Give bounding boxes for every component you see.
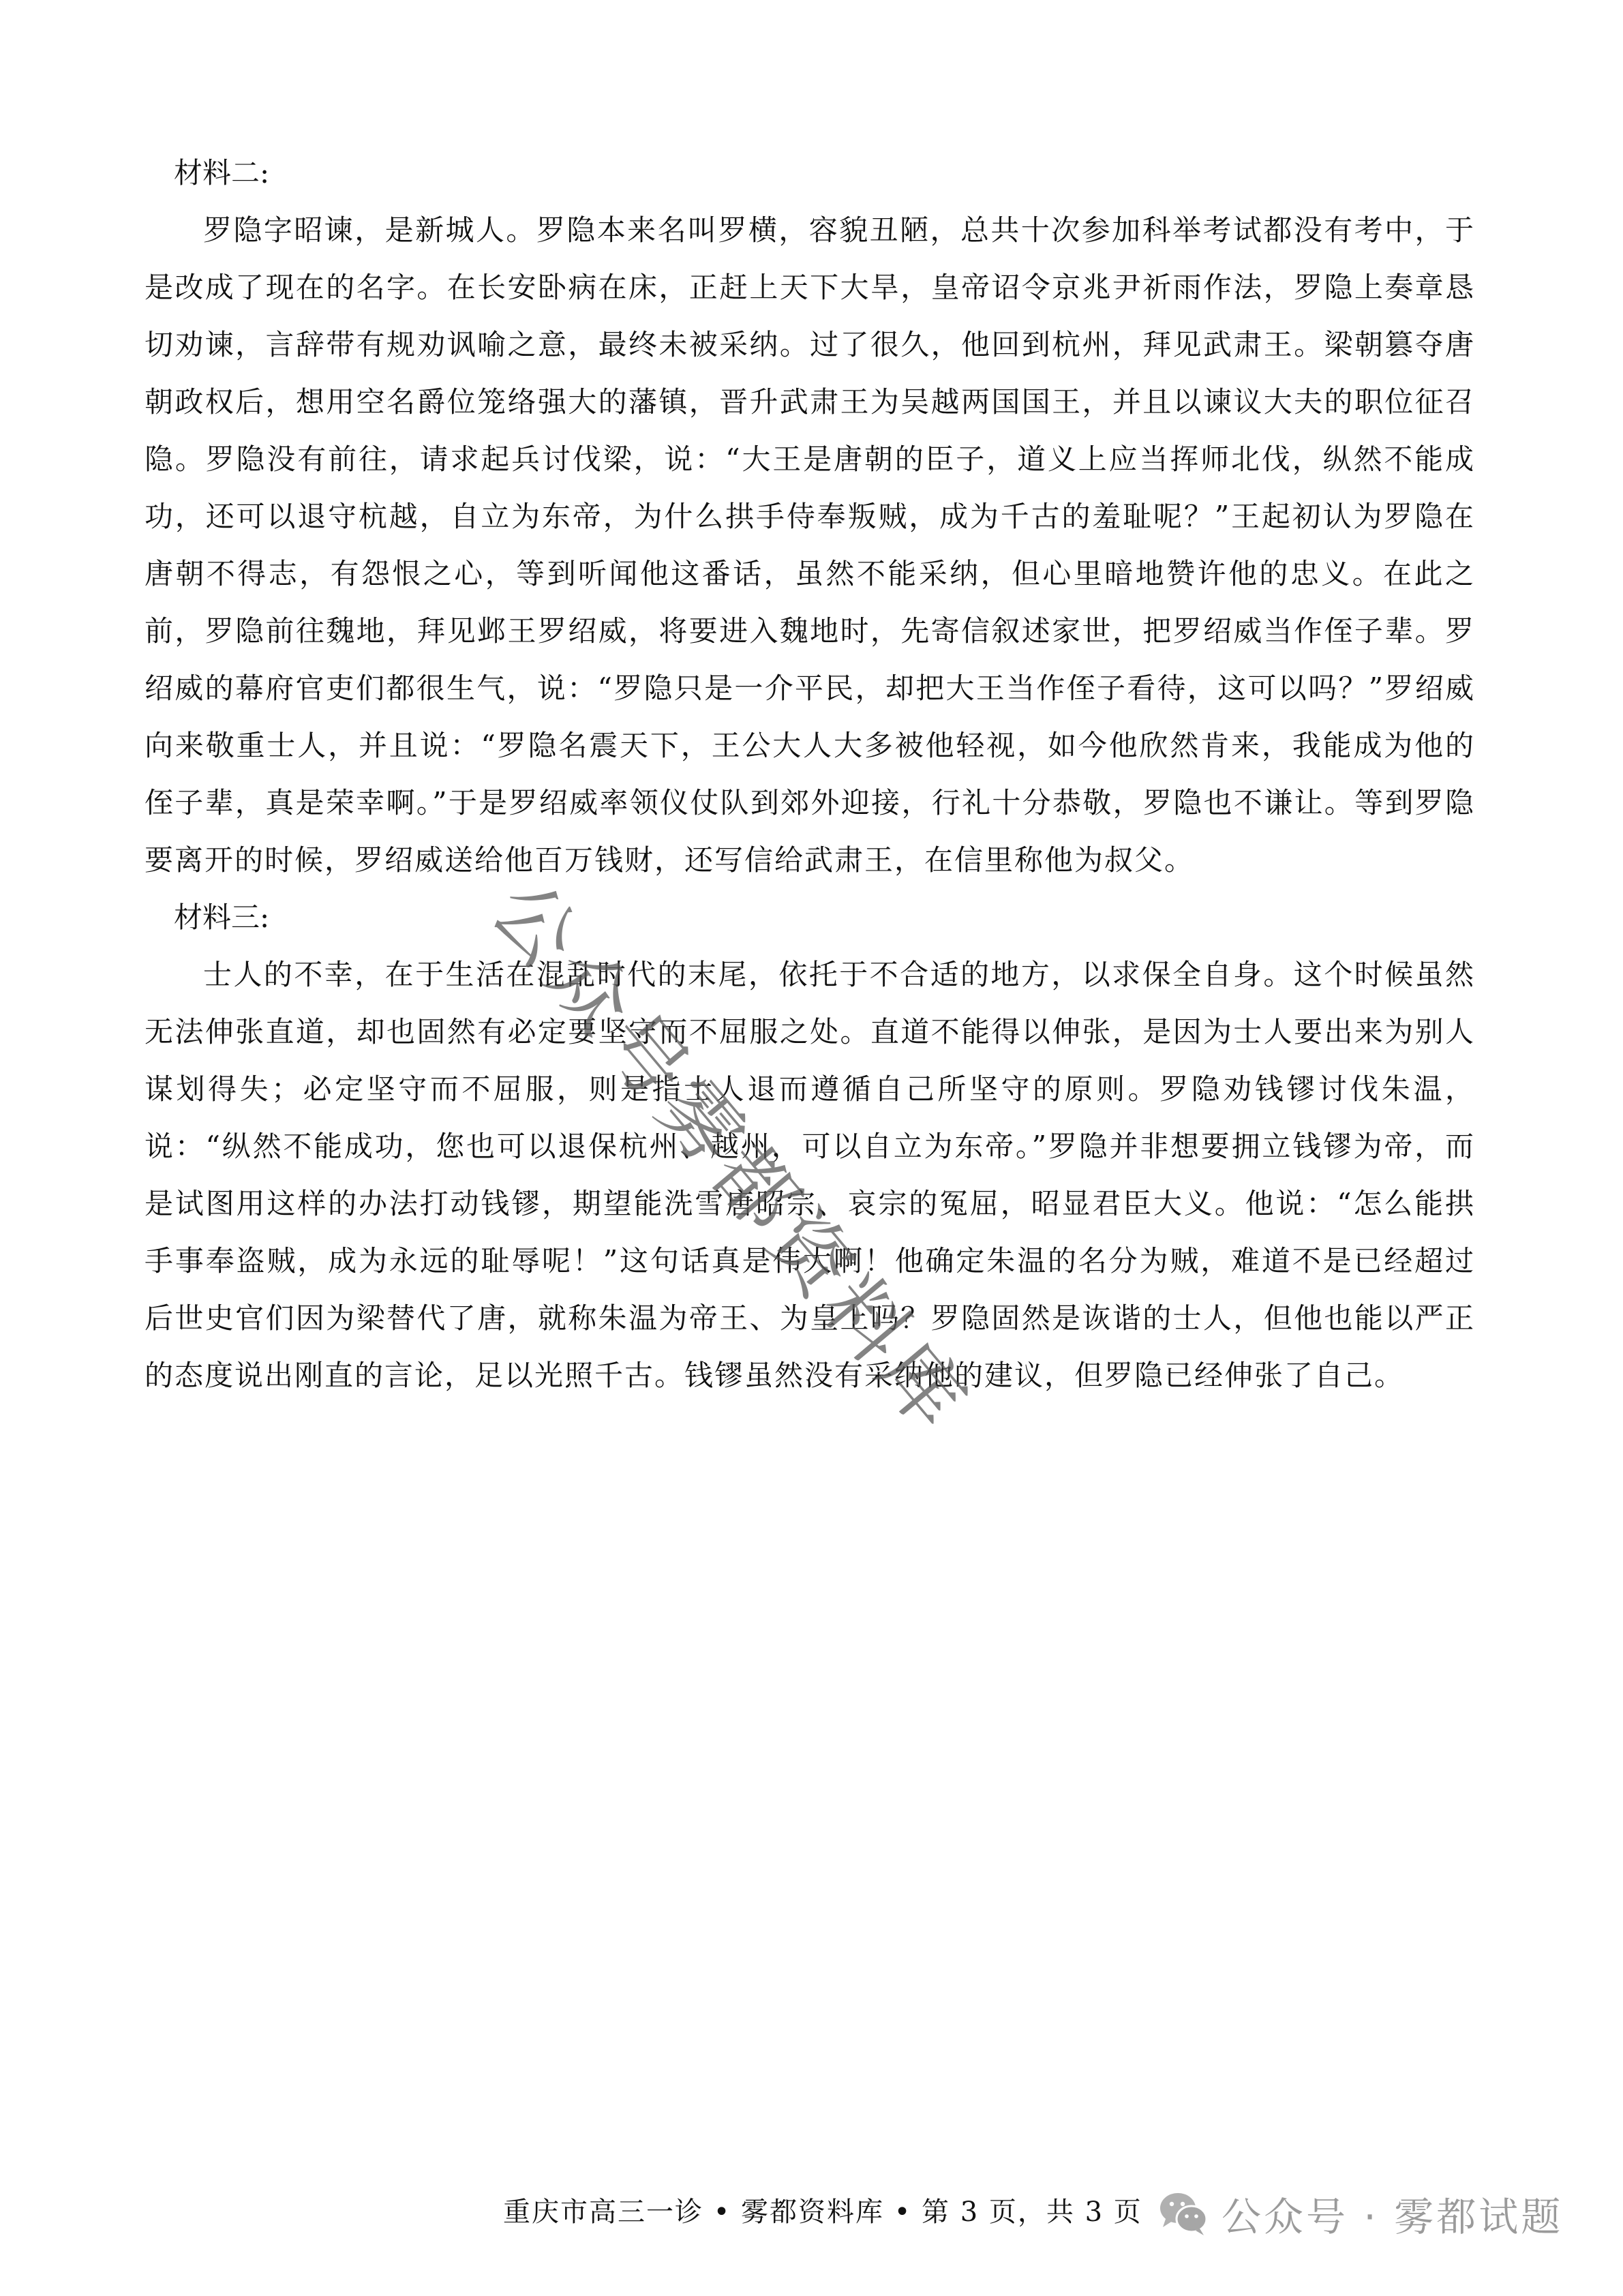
document-body: 材料二: 罗隐字昭谏，是新城人。罗隐本来名叫罗横，容貌丑陋，总共十次参加科举考试… xyxy=(145,145,1475,1404)
section-paragraph-material-2: 罗隐字昭谏，是新城人。罗隐本来名叫罗横，容貌丑陋，总共十次参加科举考试都没有考中… xyxy=(145,202,1475,889)
page-footer: 重庆市高三一诊 • 雾都资料库 • 第 3 页，共 3 页 公众号 · 雾都试题 xyxy=(0,2185,1623,2239)
section-heading-material-3: 材料三: xyxy=(145,889,1475,946)
document-page: 材料二: 罗隐字昭谏，是新城人。罗隐本来名叫罗横，容貌丑陋，总共十次参加科举考试… xyxy=(0,0,1623,2296)
wechat-icon xyxy=(1159,2190,1209,2237)
footer-brand: 公众号 · 雾都试题 xyxy=(1159,2185,1563,2242)
footer-brand-text: 公众号 · 雾都试题 xyxy=(1222,2185,1563,2242)
section-heading-material-2: 材料二: xyxy=(145,145,1475,202)
footer-page-info: 重庆市高三一诊 • 雾都资料库 • 第 3 页，共 3 页 xyxy=(503,2190,1142,2229)
section-paragraph-material-3: 士人的不幸，在于生活在混乱时代的末尾，依托于不合适的地方，以求保全自身。这个时候… xyxy=(145,946,1475,1404)
